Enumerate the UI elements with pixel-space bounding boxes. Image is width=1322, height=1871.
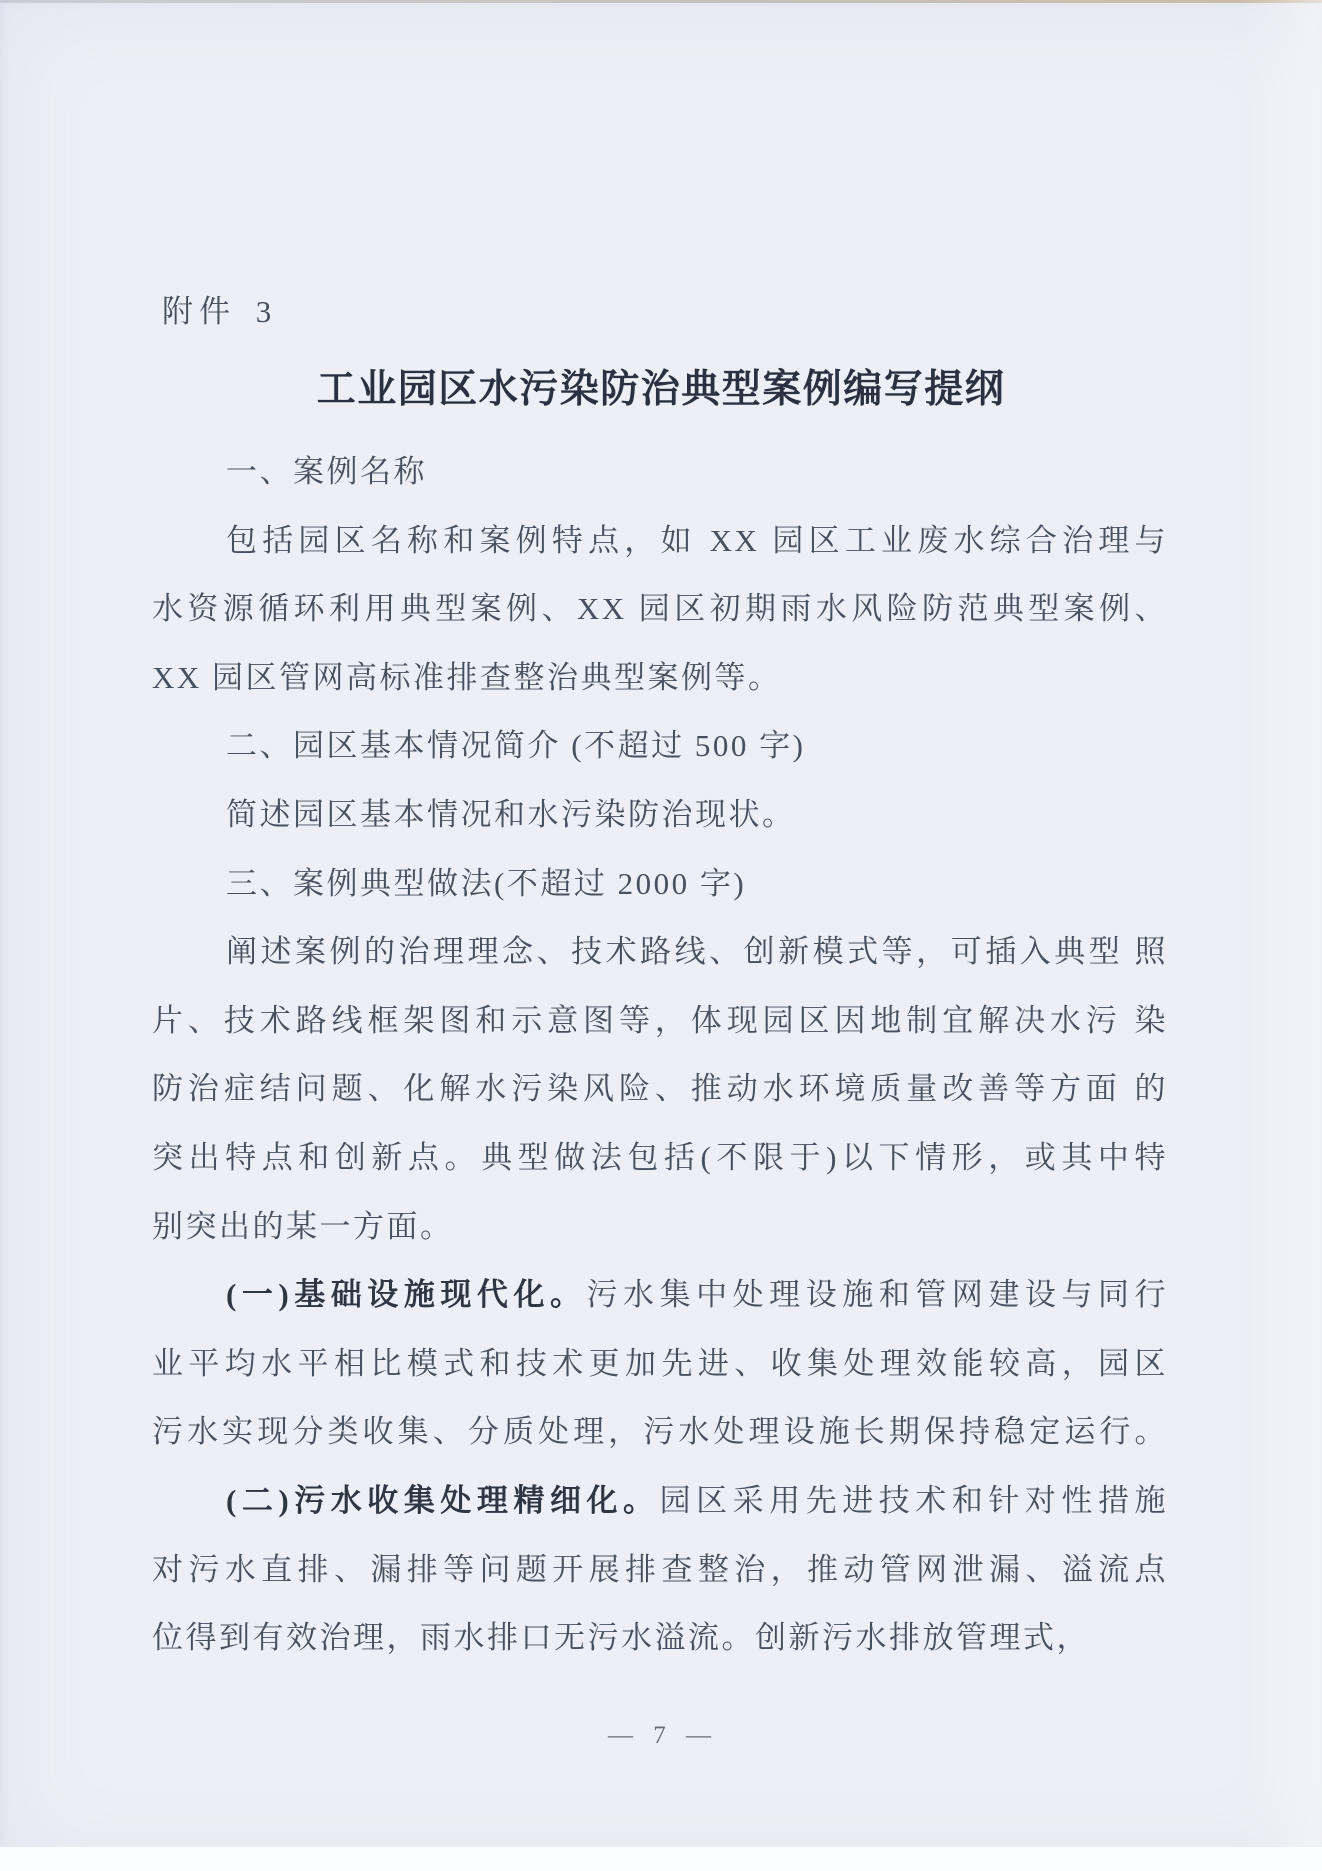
text-line: 业平均水平相比模式和技术更加先进、收集处理效能较高，园区 bbox=[152, 1330, 1168, 1399]
scan-bottom-strip bbox=[0, 1847, 1322, 1871]
text-run: 片、技术路线框架图和示意图等，体现园区因地制宜解决水污 染 bbox=[152, 1003, 1168, 1038]
text-line: XX 园区管网高标准排查整治典型案例等。 bbox=[152, 644, 1168, 713]
text-run: 园区采用先进技术和针对性措施 bbox=[660, 1483, 1168, 1518]
text-run: 对污水直排、漏排等问题开展排查整治，推动管网泄漏、溢流点 bbox=[152, 1552, 1168, 1587]
text-line: 防治症结问题、化解水污染风险、推动水环境质量改善等方面 的 bbox=[152, 1055, 1168, 1124]
text-line: 二、园区基本情况简介 (不超过 500 字) bbox=[152, 712, 1168, 781]
text-run: 包括园区名称和案例特点，如 XX 园区工业废水综合治理与 bbox=[226, 523, 1168, 558]
page-number: — 7 — bbox=[0, 1722, 1322, 1750]
text-run: 简述园区基本情况和水污染防治现状。 bbox=[226, 797, 796, 832]
scan-right-edge-artifact bbox=[1242, 0, 1322, 1871]
text-run: 防治症结问题、化解水污染风险、推动水环境质量改善等方面 的 bbox=[152, 1071, 1168, 1106]
text-line: 片、技术路线框架图和示意图等，体现园区因地制宜解决水污 染 bbox=[152, 987, 1168, 1056]
text-run: 阐述案例的治理理念、技术路线、创新模式等，可插入典型 照 bbox=[226, 934, 1168, 969]
text-line: (一)基础设施现代化。污水集中处理设施和管网建设与同行 bbox=[152, 1261, 1168, 1330]
bold-text-run: (二)污水收集处理精细化。 bbox=[226, 1483, 660, 1518]
text-line: 污水实现分类收集、分质处理，污水处理设施长期保持稳定运行。 bbox=[152, 1398, 1168, 1467]
text-line: 水资源循环利用典型案例、XX 园区初期雨水风险防范典型案例、 bbox=[152, 575, 1168, 644]
text-run: 突出特点和创新点。典型做法包括(不限于)以下情形，或其中特 bbox=[152, 1140, 1168, 1175]
text-run: 位得到有效治理，雨水排口无污水溢流。创新污水排放管理式， bbox=[152, 1620, 1090, 1655]
text-line: 三、案例典型做法(不超过 2000 字) bbox=[152, 850, 1168, 919]
text-run: XX 园区管网高标准排查整治典型案例等。 bbox=[152, 660, 782, 695]
document-page: 附件 3 工业园区水污染防治典型案例编写提纲 一、案例名称包括园区名称和案例特点… bbox=[0, 0, 1322, 1871]
text-run: 污水集中处理设施和管网建设与同行 bbox=[587, 1277, 1169, 1312]
text-line: 阐述案例的治理理念、技术路线、创新模式等，可插入典型 照 bbox=[152, 918, 1168, 987]
text-run: 别突出的某一方面。 bbox=[152, 1209, 454, 1244]
text-line: 位得到有效治理，雨水排口无污水溢流。创新污水排放管理式， bbox=[152, 1604, 1168, 1673]
document-title: 工业园区水污染防治典型案例编写提纲 bbox=[0, 358, 1322, 414]
bold-text-run: (一)基础设施现代化。 bbox=[226, 1277, 587, 1312]
text-run: 污水实现分类收集、分质处理，污水处理设施长期保持稳定运行。 bbox=[152, 1414, 1168, 1449]
scan-top-edge-artifact bbox=[0, 0, 1322, 3]
text-run: 二、园区基本情况简介 (不超过 500 字) bbox=[226, 728, 805, 763]
text-run: 三、案例典型做法(不超过 2000 字) bbox=[226, 866, 746, 901]
text-line: 突出特点和创新点。典型做法包括(不限于)以下情形，或其中特 bbox=[152, 1124, 1168, 1193]
text-run: 业平均水平相比模式和技术更加先进、收集处理效能较高，园区 bbox=[152, 1346, 1168, 1381]
text-line: 对污水直排、漏排等问题开展排查整治，推动管网泄漏、溢流点 bbox=[152, 1536, 1168, 1605]
text-line: (二)污水收集处理精细化。园区采用先进技术和针对性措施 bbox=[152, 1467, 1168, 1536]
text-line: 一、案例名称 bbox=[152, 438, 1168, 507]
text-line: 包括园区名称和案例特点，如 XX 园区工业废水综合治理与 bbox=[152, 507, 1168, 576]
text-run: 水资源循环利用典型案例、XX 园区初期雨水风险防范典型案例、 bbox=[152, 591, 1168, 626]
text-line: 别突出的某一方面。 bbox=[152, 1193, 1168, 1262]
body-text: 一、案例名称包括园区名称和案例特点，如 XX 园区工业废水综合治理与水资源循环利… bbox=[152, 438, 1168, 1673]
attachment-label: 附件 3 bbox=[162, 286, 277, 331]
text-run: 一、案例名称 bbox=[226, 454, 427, 489]
text-line: 简述园区基本情况和水污染防治现状。 bbox=[152, 781, 1168, 850]
